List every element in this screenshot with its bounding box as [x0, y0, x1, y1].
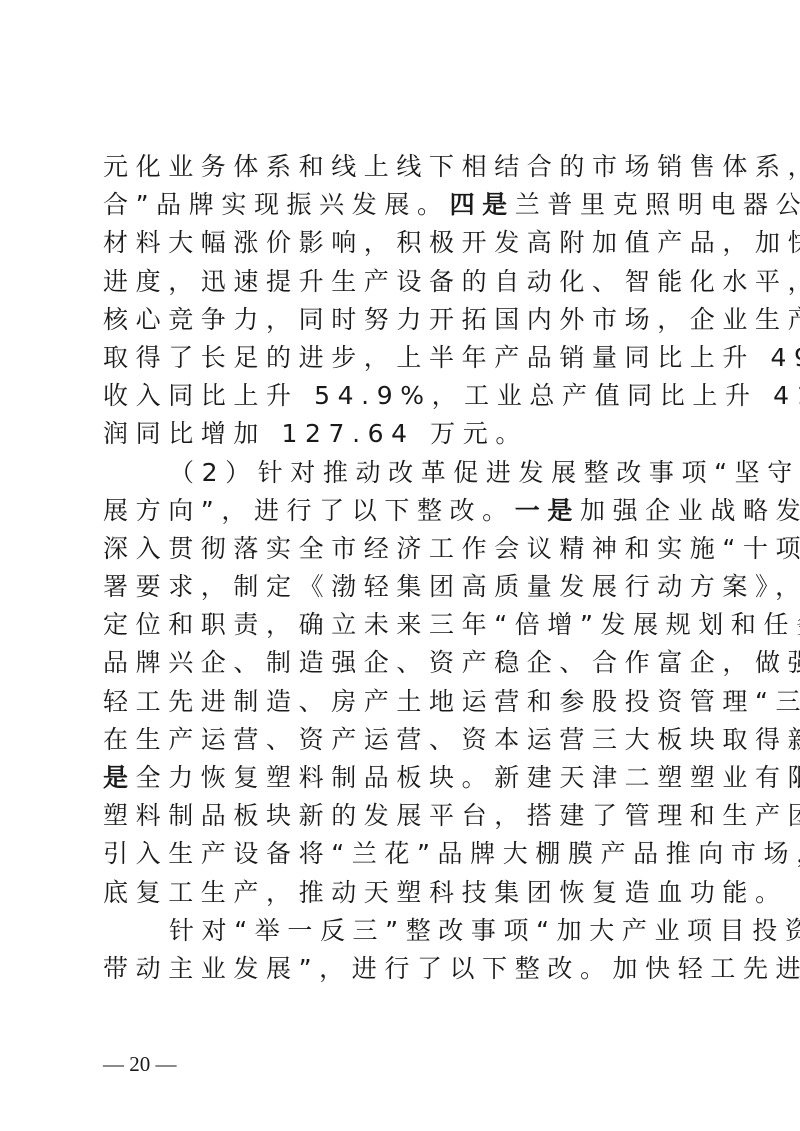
text-line: 塑料制品板块新的发展平台，搭建了管理和生产团队，尽快	[103, 797, 703, 835]
text-segment: 合”品牌实现振兴发展。	[103, 190, 450, 219]
text-line: 定位和职责，确立未来三年“倍增”发展规划和任务，突出	[103, 606, 703, 644]
text-line: 合”品牌实现振兴发展。四是兰普里克照明电器公司克服原	[103, 186, 703, 224]
text-line: 品牌兴企、制造强企、资产稳企、合作富企，做强做优做大	[103, 644, 703, 682]
text-segment: 润同比增加 127.64 万元。	[103, 419, 528, 448]
emphasis-label: 四是	[450, 190, 515, 219]
text-line: 收入同比上升 54.9%，工业总产值同比上升 41.13%，营业利	[103, 377, 703, 415]
body-text: 元化业务体系和线上线下相结合的市场销售体系，推动“春合”品牌实现振兴发展。四是兰…	[103, 148, 703, 988]
emphasis-label: 是	[103, 763, 136, 792]
text-segment: 兰普里克照明电器公司克服原	[515, 190, 800, 219]
text-segment: 轻工先进制造、房产土地运营和参股投资管理“三大主业”，	[103, 687, 800, 716]
text-line: 引入生产设备将“兰花”品牌大棚膜产品推向市场，力争年	[103, 835, 703, 873]
document-page: 元化业务体系和线上线下相结合的市场销售体系，推动“春合”品牌实现振兴发展。四是兰…	[0, 0, 800, 1131]
text-segment: 带动主业发展”，进行了以下整改。加快轻工先进制造主业	[103, 954, 800, 983]
text-segment: 取得了长足的进步，上半年产品销量同比上升 49.77%，营业	[103, 343, 800, 372]
text-segment: 全力恢复塑料制品板块。新建天津二塑塑业有限公司作为	[136, 763, 800, 792]
text-segment: 核心竞争力，同时努力开拓国内外市场，企业生产经营工作	[103, 305, 800, 334]
text-line: 带动主业发展”，进行了以下整改。加快轻工先进制造主业	[103, 950, 703, 988]
text-line: 取得了长足的进步，上半年产品销量同比上升 49.77%，营业	[103, 339, 703, 377]
text-segment: 深入贯彻落实全市经济工作会议精神和实施“十项行动”部	[103, 534, 800, 563]
text-segment: 底复工生产，推动天塑科技集团恢复造血功能。	[103, 878, 788, 907]
text-line: 署要求，制定《渤轻集团高质量发展行动方案》，立足自身	[103, 568, 703, 606]
text-segment: 品牌兴企、制造强企、资产稳企、合作富企，做强做优做大	[103, 648, 800, 677]
text-segment: 署要求，制定《渤轻集团高质量发展行动方案》，立足自身	[103, 572, 800, 601]
paragraph-start-line: （2）针对推动改革促进发展整改事项“坚守主责主业发	[103, 454, 703, 492]
text-line: 材料大幅涨价影响，积极开发高附加值产品，加快技改项目	[103, 224, 703, 262]
text-segment: 展方向”，进行了以下整改。	[103, 496, 515, 525]
text-line: 进度，迅速提升生产设备的自动化、智能化水平，提升企业	[103, 263, 703, 301]
text-line: 在生产运营、资产运营、资本运营三大板块取得新成效。二	[103, 721, 703, 759]
emphasis-label: 一是	[515, 496, 580, 525]
text-line: 底复工生产，推动天塑科技集团恢复造血功能。	[103, 874, 703, 912]
text-line: 深入贯彻落实全市经济工作会议精神和实施“十项行动”部	[103, 530, 703, 568]
text-segment: 进度，迅速提升生产设备的自动化、智能化水平，提升企业	[103, 267, 800, 296]
text-line: 轻工先进制造、房产土地运营和参股投资管理“三大主业”，	[103, 683, 703, 721]
page-number: — 20 —	[103, 1052, 177, 1077]
text-segment: 材料大幅涨价影响，积极开发高附加值产品，加快技改项目	[103, 228, 800, 257]
text-segment: 引入生产设备将“兰花”品牌大棚膜产品推向市场，力争年	[103, 839, 800, 868]
text-segment: 定位和职责，确立未来三年“倍增”发展规划和任务，突出	[103, 610, 800, 639]
text-line: 核心竞争力，同时努力开拓国内外市场，企业生产经营工作	[103, 301, 703, 339]
text-segment: 元化业务体系和线上线下相结合的市场销售体系，推动“春	[103, 152, 800, 181]
text-line: 是全力恢复塑料制品板块。新建天津二塑塑业有限公司作为	[103, 759, 703, 797]
paragraph-start-line: 针对“举一反三”整改事项“加大产业项目投资规模，	[103, 912, 703, 950]
text-line: 润同比增加 127.64 万元。	[103, 415, 703, 453]
text-segment: 针对“举一反三”整改事项“加大产业项目投资规模，	[169, 916, 800, 945]
text-segment: 加强企业战略发展规划。	[580, 496, 800, 525]
text-segment: （2）针对推动改革促进发展整改事项“坚守主责主业发	[169, 458, 800, 487]
text-line: 元化业务体系和线上线下相结合的市场销售体系，推动“春	[103, 148, 703, 186]
text-line: 展方向”，进行了以下整改。一是加强企业战略发展规划。	[103, 492, 703, 530]
text-segment: 收入同比上升 54.9%，工业总产值同比上升 41.13%，营业利	[103, 381, 800, 410]
text-segment: 塑料制品板块新的发展平台，搭建了管理和生产团队，尽快	[103, 801, 800, 830]
text-segment: 在生产运营、资产运营、资本运营三大板块取得新成效。	[103, 725, 800, 754]
